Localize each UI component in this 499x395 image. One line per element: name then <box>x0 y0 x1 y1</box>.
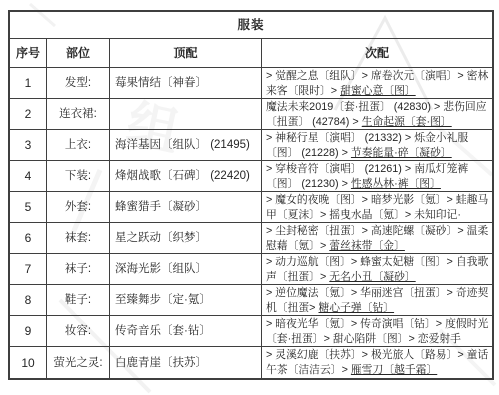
cell-part: 袜套: <box>47 223 110 254</box>
cell-next-match: > 动力巡航〔图〕> 蜂蜜太妃糖〔图〕> 自我歌声〔扭蛋〕> 无名小丑〔凝砂〕 <box>262 254 492 285</box>
cell-index: 5 <box>10 192 47 223</box>
cell-part: 发型: <box>47 68 110 99</box>
cell-index: 7 <box>10 254 47 285</box>
next-match-underlined: 节奏能量·碎〔凝砂〕 <box>351 147 452 159</box>
cell-part: 外套: <box>47 192 110 223</box>
cell-part: 萤光之灵: <box>47 347 110 378</box>
cell-next-match: > 暗夜光华〔氪〕> 传奇演唱〔钻〕> 度假时光〔套·扭蛋〕> 甜心陷阱〔图〕>… <box>262 316 492 347</box>
next-match-underlined: 性感丛林·裤〔图〕 <box>351 178 441 190</box>
header-cell-top-match: 顶配 <box>110 39 262 68</box>
table-title: 服装 <box>10 12 492 39</box>
cell-next-match: 魔法未来2019〔套·扭蛋〕 (42830) > 悲伤回应〔扭蛋〕 (42784… <box>262 99 492 130</box>
cell-top-match: 烽烟战歌〔石碑〕 (22420) <box>110 161 262 192</box>
header-cell-part: 部位 <box>47 39 110 68</box>
cell-part: 袜子: <box>47 254 110 285</box>
next-match-underlined: 甜蜜心意〔图〕 <box>340 85 416 97</box>
cell-index: 6 <box>10 223 47 254</box>
next-match-underlined: 糖心子弹〔钻〕 <box>319 302 395 314</box>
cell-top-match: 传奇音乐〔套·钻〕 <box>110 316 262 347</box>
cell-next-match: > 尘封秘密〔扭蛋〕> 高速陀螺〔凝砂〕> 温柔慰藉〔氪〕> 蕾丝袜带〔金〕 <box>262 223 492 254</box>
cell-next-match: > 穿梭音符〔演唱〕 (21261) > 南瓜灯笼裤〔图〕 (21230) > … <box>262 161 492 192</box>
cell-top-match: 蜂蜜猎手〔凝砂〕 <box>110 192 262 223</box>
cell-next-match: > 觉醒之息〔组队〕> 席卷次元〔演唱〕> 密林来客〔限时〕> 甜蜜心意〔图〕 <box>262 68 492 99</box>
cell-top-match: 海洋基因〔组队〕 (21495) <box>110 130 262 161</box>
cell-index: 4 <box>10 161 47 192</box>
cell-index: 10 <box>10 347 47 378</box>
cell-part: 上衣: <box>47 130 110 161</box>
cell-part: 鞋子: <box>47 285 110 316</box>
cell-index: 8 <box>10 285 47 316</box>
cell-part: 下装: <box>47 161 110 192</box>
cell-next-match: > 神秘行星〔演唱〕 (21332) > 烁金小礼服〔图〕 (21228) > … <box>262 130 492 161</box>
cell-top-match: 深海光影〔组队〕 <box>110 254 262 285</box>
cell-top-match: 至臻舞步〔定·氪〕 <box>110 285 262 316</box>
next-match-underlined: 雁雪刀〔越千霜〕 <box>351 364 437 376</box>
next-match-main: > 魔女的夜晚〔图〕> 暗梦光影〔氪〕> 蛙趣马甲〔夏沫〕> 摇曳水晶〔氪〕> … <box>266 194 488 221</box>
cell-index: 1 <box>10 68 47 99</box>
cell-top-match <box>110 99 262 130</box>
cell-top-match: 星之跃动〔织梦〕 <box>110 223 262 254</box>
cell-index: 9 <box>10 316 47 347</box>
page: 组 服装 序号 部位 顶配 次配 1 发型: 莓果情结〔神眷〕 > 觉醒之息〔组… <box>0 0 499 395</box>
next-match-underlined: 无名小丑〔凝砂〕 <box>329 271 415 283</box>
outfit-table: 服装 序号 部位 顶配 次配 1 发型: 莓果情结〔神眷〕 > 觉醒之息〔组队〕… <box>8 10 494 380</box>
cell-index: 3 <box>10 130 47 161</box>
cell-next-match: > 逆位魔法〔氪〕> 华丽迷宫〔扭蛋〕> 奇迹契机〔扭蛋> 糖心子弹〔钻〕 <box>262 285 492 316</box>
next-match-main: > 暗夜光华〔氪〕> 传奇演唱〔钻〕> 度假时光〔套·扭蛋〕> 甜心陷阱〔图〕>… <box>266 318 488 345</box>
cell-top-match: 莓果情结〔神眷〕 <box>110 68 262 99</box>
cell-part: 妆容: <box>47 316 110 347</box>
cell-top-match: 白鹿青崖〔扶苏〕 <box>110 347 262 378</box>
cell-part: 连衣裙: <box>47 99 110 130</box>
header-cell-no: 序号 <box>10 39 47 68</box>
next-match-underlined: 生命起源〔套·图〕 <box>362 116 452 128</box>
cell-next-match: > 灵溪幻鹿〔扶苏〕> 极光旅人〔路易〕> 童话午茶〔洁洁云〕> 雁雪刀〔越千霜… <box>262 347 492 378</box>
cell-next-match: > 魔女的夜晚〔图〕> 暗梦光影〔氪〕> 蛙趣马甲〔夏沫〕> 摇曳水晶〔氪〕> … <box>262 192 492 223</box>
next-match-underlined: 蕾丝袜带〔金〕 <box>329 240 405 252</box>
header-cell-next-match: 次配 <box>262 39 492 68</box>
cell-index: 2 <box>10 99 47 130</box>
